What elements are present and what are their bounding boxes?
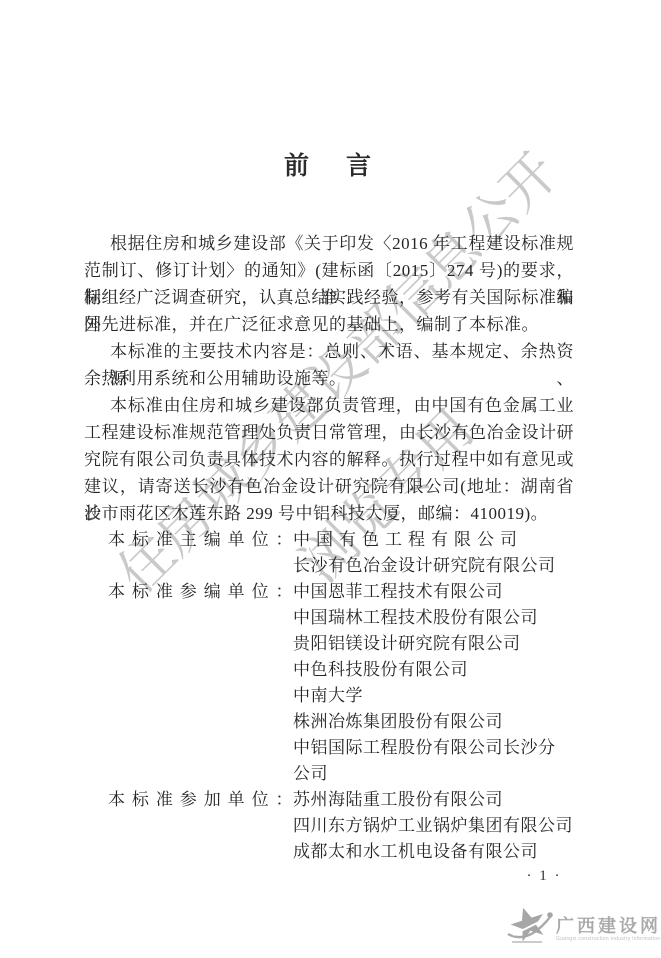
unit-row: 株洲冶炼集团股份有限公司 <box>84 709 574 735</box>
unit-row: 贵阳铝镁设计研究院有限公司 <box>84 631 574 657</box>
paragraph-line: 本标准由住房和城乡建设部负责管理，由中国有色金属工业 <box>84 392 574 419</box>
unit-row: 本标准参编单位：中国恩菲工程技术有限公司 <box>84 579 574 605</box>
unit-label: 本标准参编单位： <box>84 579 293 605</box>
unit-name: 株洲冶炼集团股份有限公司 <box>293 712 503 731</box>
footer-logo: 广西建设网 Guangxi construction industry info… <box>506 902 658 956</box>
unit-row: 成都太和水工机电设备有限公司 <box>84 839 574 865</box>
unit-name: 公司 <box>293 764 328 783</box>
page-title: 前 言 <box>0 146 661 182</box>
unit-row: 中国瑞林工程技术股份有限公司 <box>84 605 574 631</box>
unit-name: 中国有色工程有限公司 <box>293 530 523 549</box>
logo-site-name: 广西建设网 <box>556 916 658 936</box>
unit-name: 中色科技股份有限公司 <box>293 660 468 679</box>
paragraph-line: 制组经广泛调查研究，认真总结实践经验，参考有关国际标准和国 <box>84 284 574 311</box>
unit-row: 四川东方锅炉工业锅炉集团有限公司 <box>84 813 574 839</box>
paragraph-line: 究院有限公司负责具体技术内容的解释。执行过程中如有意见或 <box>84 446 574 473</box>
unit-name: 中南大学 <box>293 686 363 705</box>
paragraph-line: 工程建设标准规范管理处负责日常管理，由长沙有色冶金设计研 <box>84 419 574 446</box>
document-page: 住房城乡建设部信息公开 浏览专用 前 言 根据住房和城乡建设部《关于印发〈201… <box>0 0 661 958</box>
unit-row: 本标准主编单位：中国有色工程有限公司 <box>84 527 574 553</box>
paragraph-line: 范制订、修订计划〉的通知》(建标函〔2015〕274 号)的要求，标准编 <box>84 257 574 284</box>
paragraph-line: 建议，请寄送长沙有色冶金设计研究院有限公司(地址：湖南省长 <box>84 473 574 500</box>
unit-name: 苏州海陆重工股份有限公司 <box>293 790 503 809</box>
paragraph-line: 本标准的主要技术内容是：总则、术语、基本规定、余热资源、 <box>84 338 574 365</box>
unit-row: 中南大学 <box>84 683 574 709</box>
unit-name: 中国恩菲工程技术有限公司 <box>293 582 503 601</box>
unit-name: 贵阳铝镁设计研究院有限公司 <box>293 634 521 653</box>
unit-row: 中铝国际工程股份有限公司长沙分 <box>84 735 574 761</box>
logo-tagline: Guangxi construction industry informatio… <box>556 936 658 942</box>
unit-name: 四川东方锅炉工业锅炉集团有限公司 <box>293 816 573 835</box>
unit-label: 本标准参加单位： <box>84 787 293 813</box>
unit-row: 长沙有色冶金设计研究院有限公司 <box>84 553 574 579</box>
paragraph-line: 沙市雨花区木莲东路 299 号中铝科技大厦，邮编：410019)。 <box>84 500 574 527</box>
document-body: 根据住房和城乡建设部《关于印发〈2016 年工程建设标准规 范制订、修订计划〉的… <box>84 230 574 865</box>
unit-name: 中铝国际工程股份有限公司长沙分 <box>293 738 556 757</box>
unit-name: 中国瑞林工程技术股份有限公司 <box>293 608 538 627</box>
unit-label: 本标准主编单位： <box>84 527 293 553</box>
paragraph-line: 根据住房和城乡建设部《关于印发〈2016 年工程建设标准规 <box>84 230 574 257</box>
unit-name: 长沙有色冶金设计研究院有限公司 <box>293 556 556 575</box>
page-number: · 1 · <box>512 868 576 885</box>
unit-list: 本标准主编单位：中国有色工程有限公司 长沙有色冶金设计研究院有限公司 本标准参编… <box>84 527 574 865</box>
unit-row: 公司 <box>84 761 574 787</box>
star-logo-icon <box>506 904 554 946</box>
unit-row: 本标准参加单位：苏州海陆重工股份有限公司 <box>84 787 574 813</box>
paragraph-line: 外先进标准，并在广泛征求意见的基础上，编制了本标准。 <box>84 311 574 338</box>
unit-name: 成都太和水工机电设备有限公司 <box>293 842 538 861</box>
unit-row: 中色科技股份有限公司 <box>84 657 574 683</box>
